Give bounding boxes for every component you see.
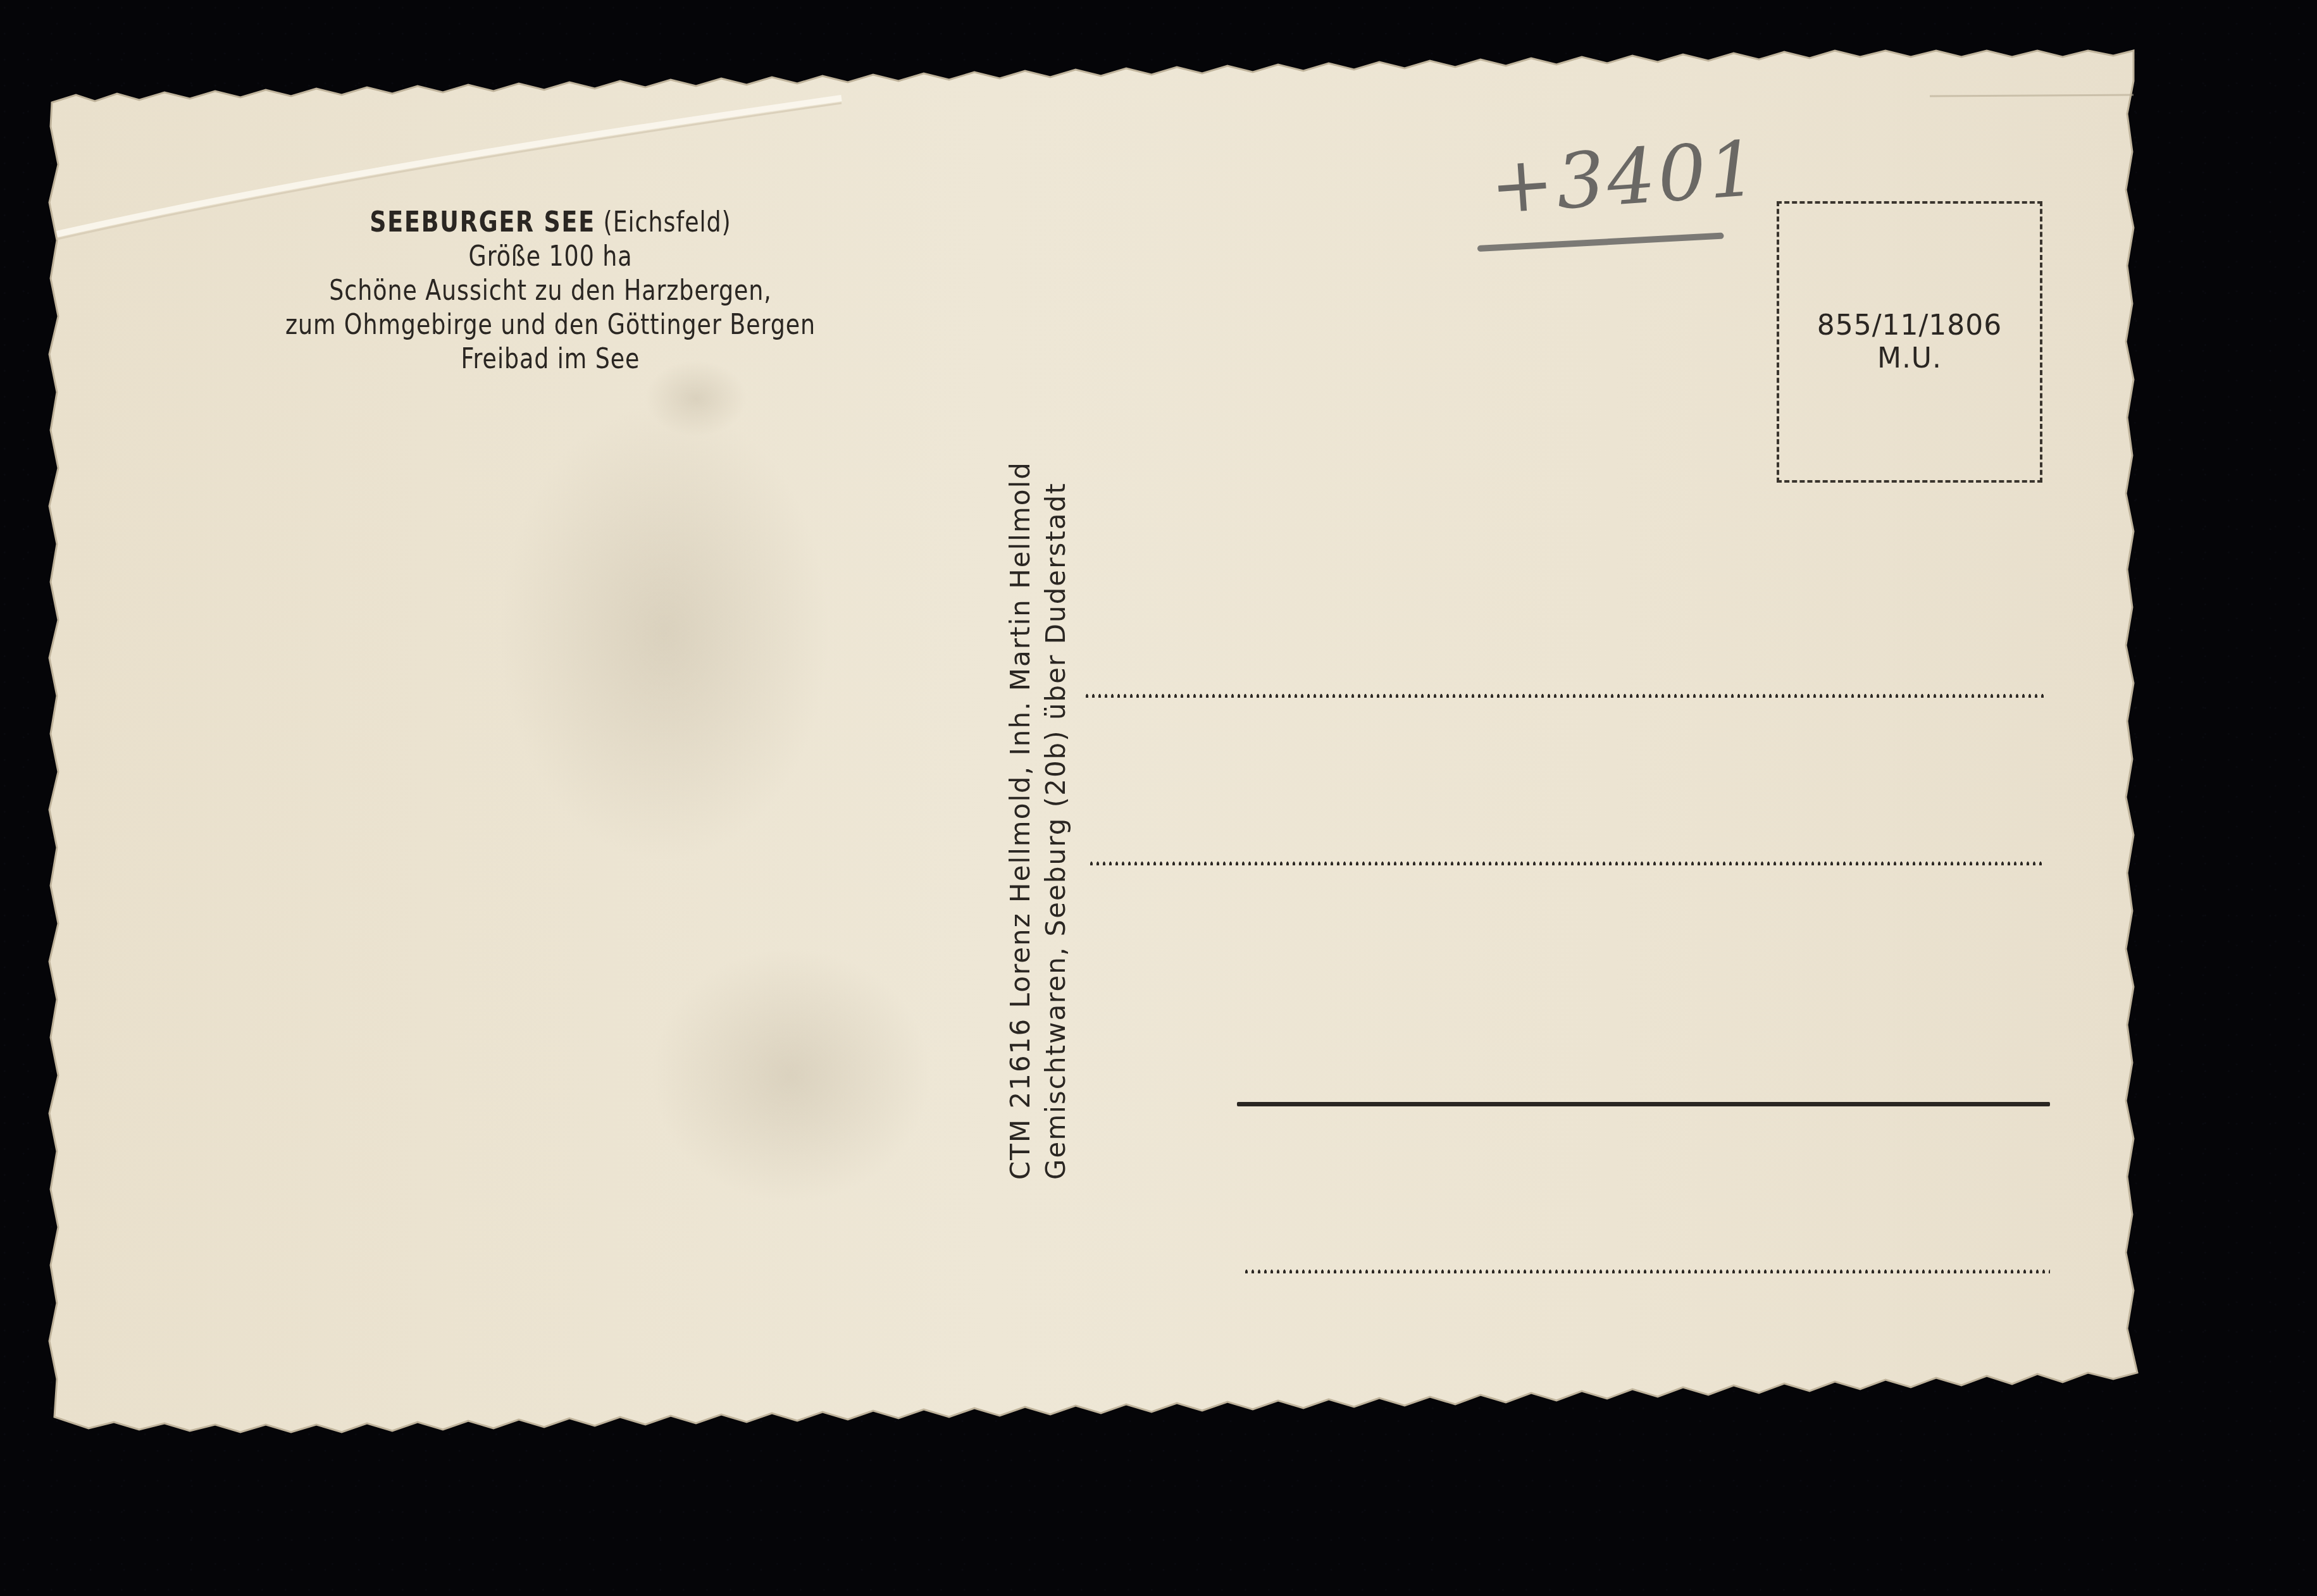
- address-line-3: [1237, 1102, 2050, 1106]
- address-line-4: [1243, 1270, 2050, 1273]
- publisher-line-1: CTM 21616 Lorenz Hellmold, Inh. Martin H…: [1003, 461, 1038, 1180]
- address-line-2: [1088, 862, 2045, 865]
- publisher-line-2: Gemischtwaren, Seeburg (20b) über Duders…: [1038, 461, 1074, 1180]
- caption-title: SEEBURGER SEE (Eichsfeld): [183, 206, 917, 240]
- stamp-box-code: 855/11/1806: [1817, 309, 2003, 342]
- stamp-box: 855/11/1806 M.U.: [1777, 201, 2042, 483]
- caption-block: SEEBURGER SEE (Eichsfeld) Größe 100 ha S…: [152, 206, 949, 376]
- address-line-1: [1084, 694, 2046, 698]
- postcard-back: SEEBURGER SEE (Eichsfeld) Größe 100 ha S…: [0, 0, 2317, 1596]
- caption-line-pool: Freibad im See: [183, 342, 917, 376]
- caption-line-mountains: zum Ohmgebirge und den Göttinger Bergen: [183, 308, 917, 342]
- pencil-note: +3401: [1488, 125, 1763, 231]
- lake-name: SEEBURGER SEE: [370, 206, 595, 238]
- stamp-box-initials: M.U.: [1877, 342, 1942, 375]
- caption-line-view: Schöne Aussicht zu den Harzbergen,: [183, 274, 917, 308]
- publisher-imprint: CTM 21616 Lorenz Hellmold, Inh. Martin H…: [1003, 461, 1074, 1180]
- caption-line-size: Größe 100 ha: [183, 240, 917, 274]
- region-name: (Eichsfeld): [604, 206, 731, 238]
